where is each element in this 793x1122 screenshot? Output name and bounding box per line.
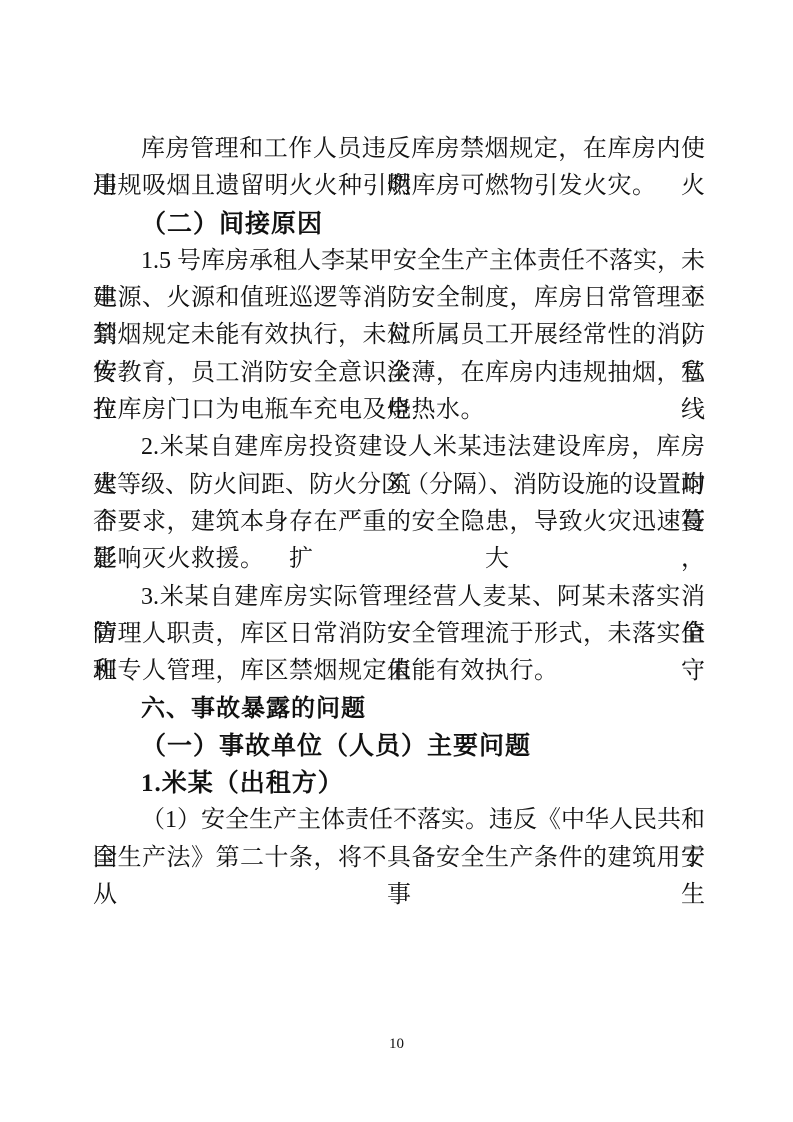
paragraph-line: 火等级、防火间距、防火分区（分隔）、消防设施的设置均不符 — [93, 467, 705, 504]
paragraph-line: （1）安全生产主体责任不落实。违反《中华人民共和国安 — [93, 802, 705, 839]
paragraph-line: 传教育，员工消防安全意识淡薄，在库房内违规抽烟，私拉电线 — [93, 355, 705, 392]
paragraph-line: 合要求，建筑本身存在严重的安全隐患，导致火灾迅速蔓延扩大， — [93, 504, 705, 541]
section-heading-unit-problems: （一）事故单位（人员）主要问题 — [93, 728, 705, 765]
paragraph-line: 1.5 号库房承租人李某甲安全生产主体责任不落实，未建立 — [93, 243, 705, 280]
paragraph-line: 全生产法》第二十条，将不具备安全生产条件的建筑用于从事生 — [93, 840, 705, 877]
paragraph-line: 管理人职责，库区日常消防安全管理流于形式，未落实值班值守 — [93, 616, 705, 653]
section-heading-indirect-causes: （二）间接原因 — [93, 206, 705, 243]
paragraph-line: 3.米某自建库房实际管理经营人麦某、阿某未落实消防安全 — [93, 579, 705, 616]
section-heading-lessor: 1.米某（出租方） — [93, 765, 705, 802]
paragraph-line: 禁烟规定未能有效执行，未对所属员工开展经常性的消防安全宣 — [93, 317, 705, 354]
document-body: 库房管理和工作人员违反库房禁烟规定，在库房内使用明火 违规吸烟且遗留明火火种引燃… — [93, 131, 705, 877]
paragraph-line: 2.米某自建库房投资建设人米某违法建设库房，库房建筑耐 — [93, 429, 705, 466]
document-page: 库房管理和工作人员违反库房禁烟规定，在库房内使用明火 违规吸烟且遗留明火火种引燃… — [0, 0, 793, 1122]
paragraph-line: 电源、火源和值班巡逻等消防安全制度，库房日常管理不到位， — [93, 280, 705, 317]
section-heading-exposed-problems: 六、事故暴露的问题 — [93, 690, 705, 727]
paragraph-line: 库房管理和工作人员违反库房禁烟规定，在库房内使用明火 — [93, 131, 705, 168]
paragraph-line: 违规吸烟且遗留明火火种引燃库房可燃物引发火灾。 — [93, 168, 705, 205]
page-number: 10 — [0, 1036, 793, 1053]
